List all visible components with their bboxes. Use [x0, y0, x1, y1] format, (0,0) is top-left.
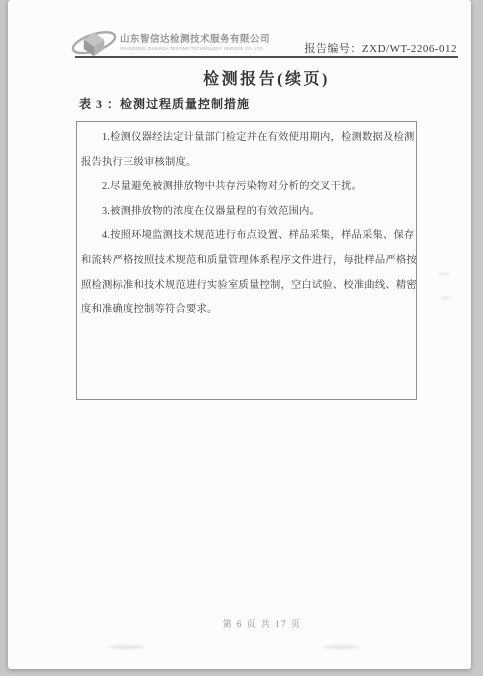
table-3-measures-box: 1.检测仪器经法定计量部门检定并在有效使用期内，检测数据及检测 报告执行三级审核…: [76, 121, 417, 400]
measure-line: 4.按照环境监测技术规范进行布点设置、样品采集，样品采集、保存: [81, 224, 412, 249]
page-title: 检测报告(续页): [75, 66, 458, 89]
company-name-block: 山东智信达检测技术服务有限公司 SHANDONG ZHIXINDA TESTIN…: [120, 31, 318, 53]
document-sheet: ZXD 山东智信达检测技术服务有限公司 SHANDONG ZHIXINDA TE…: [8, 0, 471, 669]
measure-line: 3.被测排放物的浓度在仪器量程的有效范围内。: [81, 200, 412, 225]
measure-line: 度和准确度控制等符合要求。: [81, 298, 412, 323]
scan-artifact: [323, 645, 359, 649]
report-number-label: 报告编号：: [304, 43, 362, 55]
company-name-en: SHANDONG ZHIXINDA TESTING TECHNOLOGY SER…: [120, 47, 263, 51]
scan-background: { "page": { "header": { "logo_text": "ZX…: [0, 0, 483, 676]
table-caption: 表 3 ：检测过程质量控制措施: [79, 95, 250, 112]
scan-artifact: [108, 645, 144, 649]
measure-line: 1.检测仪器经法定计量部门检定并在有效使用期内，检测数据及检测: [81, 126, 412, 151]
measure-line: 报告执行三级审核制度。: [81, 151, 412, 176]
scan-artifact: [440, 297, 452, 299]
company-logo-icon: ZXD: [70, 27, 118, 59]
page-number: 第 6 页 共 17 页: [63, 617, 461, 630]
measure-line: 2.尽量避免被测排放物中共存污染物对分析的交叉干扰。: [81, 175, 412, 200]
measure-line: 照检测标准和技术规范进行实验室质量控制，空白试验、校准曲线、精密: [81, 274, 412, 299]
report-number: 报告编号：ZXD/WT-2206-012: [304, 40, 457, 56]
header-divider: [75, 56, 458, 58]
company-name-cn: 山东智信达检测技术服务有限公司: [120, 31, 318, 45]
measure-line: 和流转严格按照技术规范和质量管理体系程序文件进行，每批样品严格按: [81, 249, 412, 274]
report-number-value: ZXD/WT-2206-012: [362, 43, 457, 55]
scan-artifact: [438, 273, 450, 275]
